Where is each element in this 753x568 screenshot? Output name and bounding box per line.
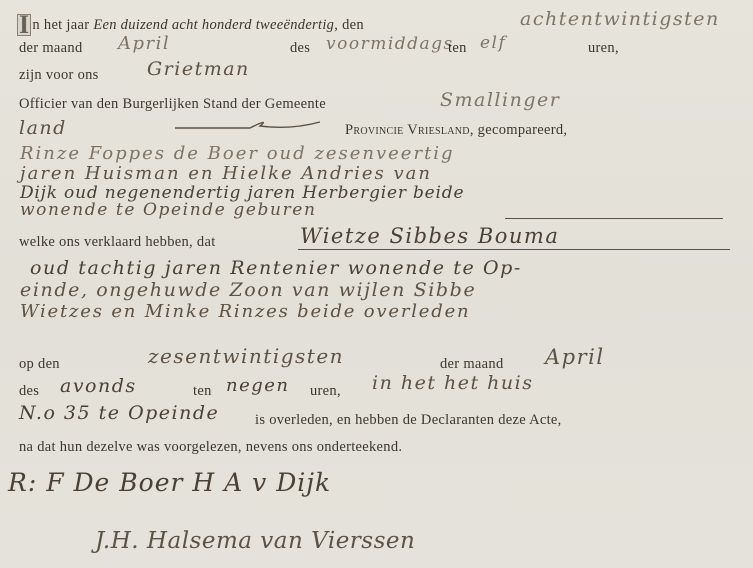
printed-text: n het jaar xyxy=(32,17,89,33)
printed-text: , den xyxy=(334,17,364,33)
underline xyxy=(298,249,730,250)
signature-officer: J.H. Halsema van Vierssen xyxy=(95,528,415,554)
hand-death-daypart: avonds xyxy=(60,375,137,397)
underline xyxy=(505,218,723,219)
printed-text: welke ons verklaard hebben, dat xyxy=(19,234,216,251)
deceased-line-1: oud tachtig jaren Rentenier wonende te O… xyxy=(30,257,522,279)
declarants-line-1: Rinze Foppes de Boer oud zesenveertig xyxy=(20,143,455,164)
printed-text: is overleden, en hebben de Declaranten d… xyxy=(255,412,562,429)
printed-text: des xyxy=(290,40,310,57)
printed-text: des xyxy=(19,383,39,400)
line-province: Provincie Vriesland, gecompareerd, xyxy=(345,122,567,139)
printed-province: Provincie Vriesland xyxy=(345,122,470,138)
line-year: In het jaar Een duizend acht honderd twe… xyxy=(17,14,364,36)
hand-house-number: N.o 35 te Opeinde xyxy=(19,402,219,424)
printed-text: Officier van den Burgerlijken Stand der … xyxy=(19,96,326,113)
flourish-line xyxy=(170,114,330,134)
hand-daypart: voormiddags xyxy=(326,34,454,54)
deceased-line-3: Wietzes en Minke Rinzes beide overleden xyxy=(20,301,470,322)
printed-text: ten xyxy=(448,40,467,57)
signature-declarants: R: F De Boer H A v Dijk xyxy=(8,468,331,497)
printed-text: der maand xyxy=(440,356,504,373)
decorated-initial: I xyxy=(17,14,31,36)
printed-text: uren, xyxy=(310,383,341,400)
printed-text: na dat hun dezelve was voorgelezen, neve… xyxy=(19,439,402,456)
printed-text: ten xyxy=(193,383,212,400)
hand-death-day: zesentwintigsten xyxy=(148,344,344,368)
certificate-page: In het jaar Een duizend acht honderd twe… xyxy=(0,0,753,568)
printed-text: der maand xyxy=(19,40,83,57)
deceased-line-2: einde, ongehuwde Zoon van wijlen Sibbe xyxy=(20,279,476,301)
hand-municipality: Smallinger xyxy=(440,89,560,111)
printed-text: op den xyxy=(19,356,60,373)
printed-text: zijn voor ons xyxy=(19,67,99,84)
hand-officer-title: Grietman xyxy=(147,58,250,80)
printed-text: uren, xyxy=(588,40,619,57)
hand-hour: elf xyxy=(480,33,506,53)
hand-month: April xyxy=(118,33,170,54)
hand-death-month: April xyxy=(545,345,605,369)
hand-day: achtentwintigsten xyxy=(520,8,720,30)
hand-death-hour: negen xyxy=(226,375,290,396)
declarants-line-2: jaren Huisman en Hielke Andries van xyxy=(20,163,432,184)
hand-death-place: in het het huis xyxy=(372,372,533,394)
hand-deceased-name: Wietze Sibbes Bouma xyxy=(300,224,559,248)
printed-text: , gecompareerd, xyxy=(470,122,568,138)
printed-year: Een duizend acht honderd tweeëndertig xyxy=(93,17,334,33)
declarants-line-4: wonende te Opeinde geburen xyxy=(20,200,317,220)
hand-municipality-cont: land xyxy=(19,117,67,139)
